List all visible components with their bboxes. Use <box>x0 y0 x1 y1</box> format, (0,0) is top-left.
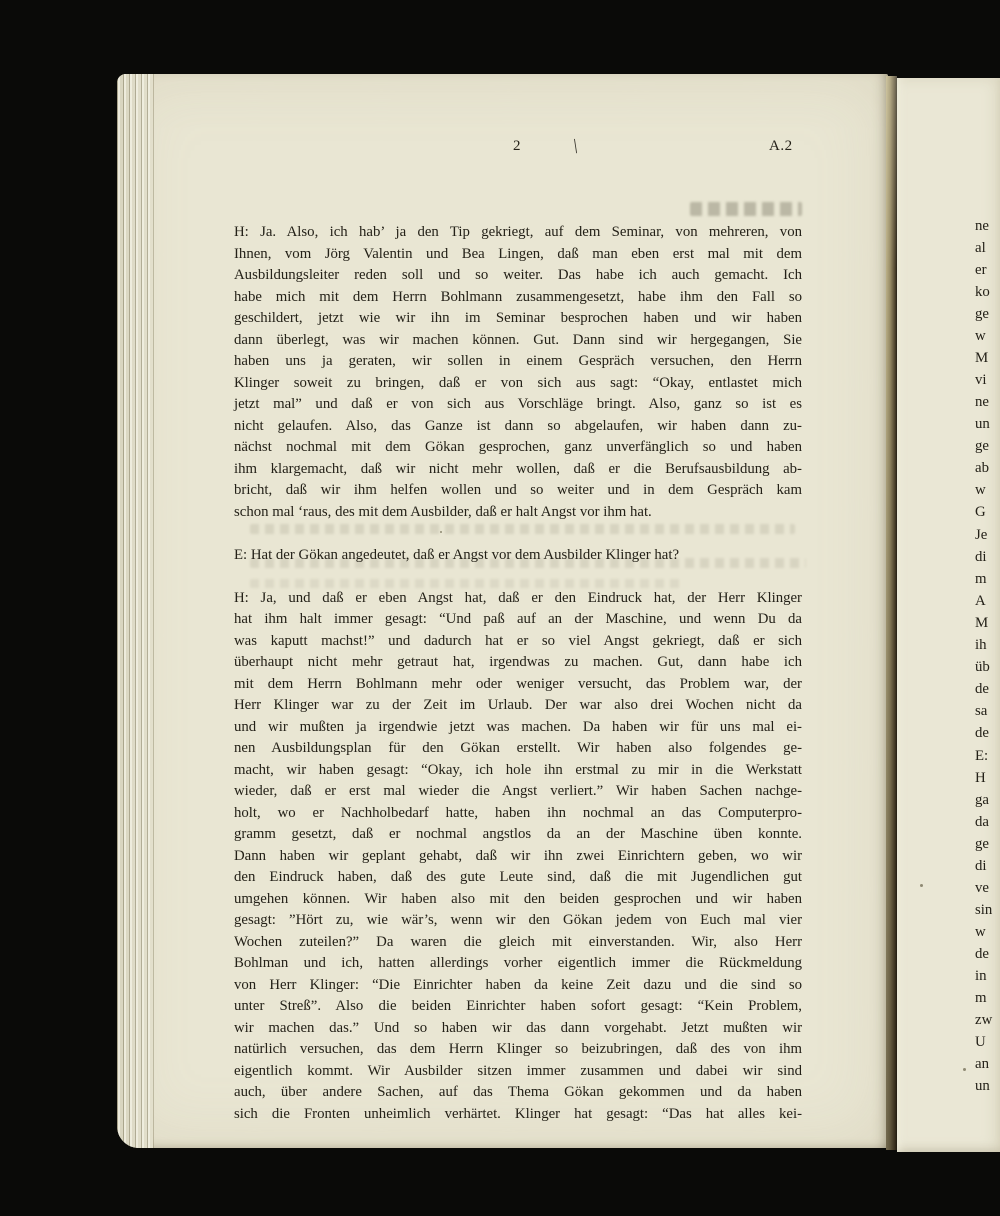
text-line: natürlich versuchen, das dem Herrn Kling… <box>234 1039 802 1061</box>
text-line: zw <box>975 1009 1000 1031</box>
text-line: gramm gesetzt, daß er nochmal angstlos d… <box>234 824 802 846</box>
text-line: w <box>975 479 1000 501</box>
text-line: H: Ja, und daß er eben Angst hat, daß er… <box>234 588 802 610</box>
text-line: nicht gelaufen. Also, das Ganze ist dann… <box>234 416 802 438</box>
text-line: sich die Fronten unheimlich verhärtet. K… <box>234 1104 802 1126</box>
text-line: eigentlich kommt. Wir Ausbilder sitzen i… <box>234 1061 802 1083</box>
text-line: geschildert, jetzt wie wir ihn im Semina… <box>234 308 802 330</box>
text-line: di <box>975 855 1000 877</box>
page-gutter <box>886 76 897 1150</box>
interview-transcript: H: Ja. Also, ich hab’ ja den Tip gekrieg… <box>234 222 802 1125</box>
text-line: ge <box>975 435 1000 457</box>
text-line: umgehen können. Wir haben also mit den b… <box>234 889 802 911</box>
text-line: H <box>975 767 1000 789</box>
text-line: schon mal ‘raus, des mit dem Ausbilder, … <box>234 502 802 524</box>
next-page-text-fragments: JedimAMihübdesade <box>975 524 1000 744</box>
text-line: ge <box>975 303 1000 325</box>
page-number: 2 <box>513 138 521 155</box>
text-line: un <box>975 1075 1000 1097</box>
text-line: nen Ausbildungsplan für den Gökan erstel… <box>234 738 802 760</box>
text-line: was kaputt machst!” und dadurch hat er s… <box>234 631 802 653</box>
text-line: den Eindruck haben, daß des gute Leute s… <box>234 867 802 889</box>
text-line: E: <box>975 745 1000 767</box>
text-line: haben uns ja geraten, wir sollen in eine… <box>234 351 802 373</box>
text-line: macht, wir haben gesagt: “Okay, ich hole… <box>234 760 802 782</box>
text-line: M <box>975 347 1000 369</box>
text-line: w <box>975 325 1000 347</box>
text-line: Herr Klinger war zu der Zeit im Urlaub. … <box>234 695 802 717</box>
text-line: de <box>975 678 1000 700</box>
text-line: Wochen zuteilen?” Da waren die gleich mi… <box>234 932 802 954</box>
text-line: ne <box>975 215 1000 237</box>
text-line: überhaupt nicht mehr getraut hat, irgend… <box>234 652 802 674</box>
text-line: di <box>975 546 1000 568</box>
text-line: G <box>975 501 1000 523</box>
next-page-text-fragments: E: <box>975 745 1000 767</box>
text-line: sa <box>975 700 1000 722</box>
stray-pen-mark: \ <box>571 134 579 159</box>
section-label: A.2 <box>769 138 793 155</box>
text-line: an <box>975 1053 1000 1075</box>
text-line: da <box>975 811 1000 833</box>
text-line: sin <box>975 899 1000 921</box>
text-line: Klinger soweit zu bringen, daß er von si… <box>234 373 802 395</box>
text-line: de <box>975 722 1000 744</box>
text-line: hat ihm halt immer gesagt: “Und paß auf … <box>234 609 802 631</box>
text-line: ga <box>975 789 1000 811</box>
text-line: ge <box>975 833 1000 855</box>
text-line: m <box>975 568 1000 590</box>
text-line: Bohlman und ich, hatten allerdings vorhe… <box>234 953 802 975</box>
dust-speck <box>920 884 923 887</box>
text-line: bricht, daß wir ihm helfen wollen und so… <box>234 480 802 502</box>
page-edge-divider <box>153 74 154 1148</box>
dust-speck <box>963 1068 966 1071</box>
interview-paragraph-h2: H: Ja, und daß er eben Angst hat, daß er… <box>234 588 802 1126</box>
text-line: vi <box>975 369 1000 391</box>
text-line: ab <box>975 457 1000 479</box>
text-line: Ausbildungsleiter reden soll und so weit… <box>234 265 802 287</box>
text-line: wir machen das.” Und so haben wir das da… <box>234 1018 802 1040</box>
interview-paragraph-e: E: Hat der Gökan angedeutet, daß er Angs… <box>234 545 802 567</box>
dust-speck <box>440 531 442 533</box>
text-line: Ihnen, vom Jörg Valentin und Bea Lingen,… <box>234 244 802 266</box>
text-line: w <box>975 921 1000 943</box>
text-line: mit dem Herrn Bohlmann mehr oder weniger… <box>234 674 802 696</box>
text-line: gesagt: ”Hört zu, wie wär’s, wenn wir de… <box>234 910 802 932</box>
next-page-edge: nealerkogewMvineungeabwG JedimAMihübdesa… <box>897 78 1000 1152</box>
text-line: wieder, daß er erst mal wieder die Angst… <box>234 781 802 803</box>
text-line: de <box>975 943 1000 965</box>
text-line: von Herr Klinger: “Die Einrichter haben … <box>234 975 802 997</box>
text-line: habe mich mit dem Herrn Bohlmann zusamme… <box>234 287 802 309</box>
page-header: 2 \ A.2 <box>117 136 888 162</box>
text-line: ihm klargemacht, daß wir nicht mehr woll… <box>234 459 802 481</box>
text-line: unter Streß”. Also die beiden Einrichter… <box>234 996 802 1018</box>
text-line: A <box>975 590 1000 612</box>
text-line: ve <box>975 877 1000 899</box>
text-line: holt, wo er Nachholbedarf hatte, haben i… <box>234 803 802 825</box>
text-line: dann überlegt, was wir machen können. Gu… <box>234 330 802 352</box>
text-line: Je <box>975 524 1000 546</box>
text-line: H: Ja. Also, ich hab’ ja den Tip gekrieg… <box>234 222 802 244</box>
text-line: M <box>975 612 1000 634</box>
text-line: ih <box>975 634 1000 656</box>
text-line: auch, über andere Sachen, auf das Thema … <box>234 1082 802 1104</box>
text-line: und wir mußten ja irgendwie jetzt was ma… <box>234 717 802 739</box>
interview-paragraph-h1: H: Ja. Also, ich hab’ ja den Tip gekrieg… <box>234 222 802 523</box>
text-line: in <box>975 965 1000 987</box>
next-page-text-fragments: nealerkogewMvineungeabwG <box>975 215 1000 523</box>
text-line: E: Hat der Gökan angedeutet, daß er Angs… <box>234 545 802 567</box>
text-line: er <box>975 259 1000 281</box>
left-page: 2 \ A.2 H: Ja. Also, ich hab’ ja den Tip… <box>117 74 888 1148</box>
text-line: üb <box>975 656 1000 678</box>
text-line: ne <box>975 391 1000 413</box>
text-line: m <box>975 987 1000 1009</box>
bleed-through-heading <box>690 202 802 216</box>
book-scan: 2 \ A.2 H: Ja. Also, ich hab’ ja den Tip… <box>0 0 1000 1216</box>
text-line: un <box>975 413 1000 435</box>
page-leaf-edges-icon <box>117 74 153 1148</box>
text-line: Dann haben wir geplant gehabt, daß wir i… <box>234 846 802 868</box>
text-line: al <box>975 237 1000 259</box>
next-page-text-fragments: HgadagedivesinwdeinmzwUanun <box>975 767 1000 1097</box>
text-line: jetzt mal” und daß er von sich aus Vorsc… <box>234 394 802 416</box>
text-line: nächst nochmal mit dem Gökan gesprochen,… <box>234 437 802 459</box>
text-line: ko <box>975 281 1000 303</box>
text-line: U <box>975 1031 1000 1053</box>
